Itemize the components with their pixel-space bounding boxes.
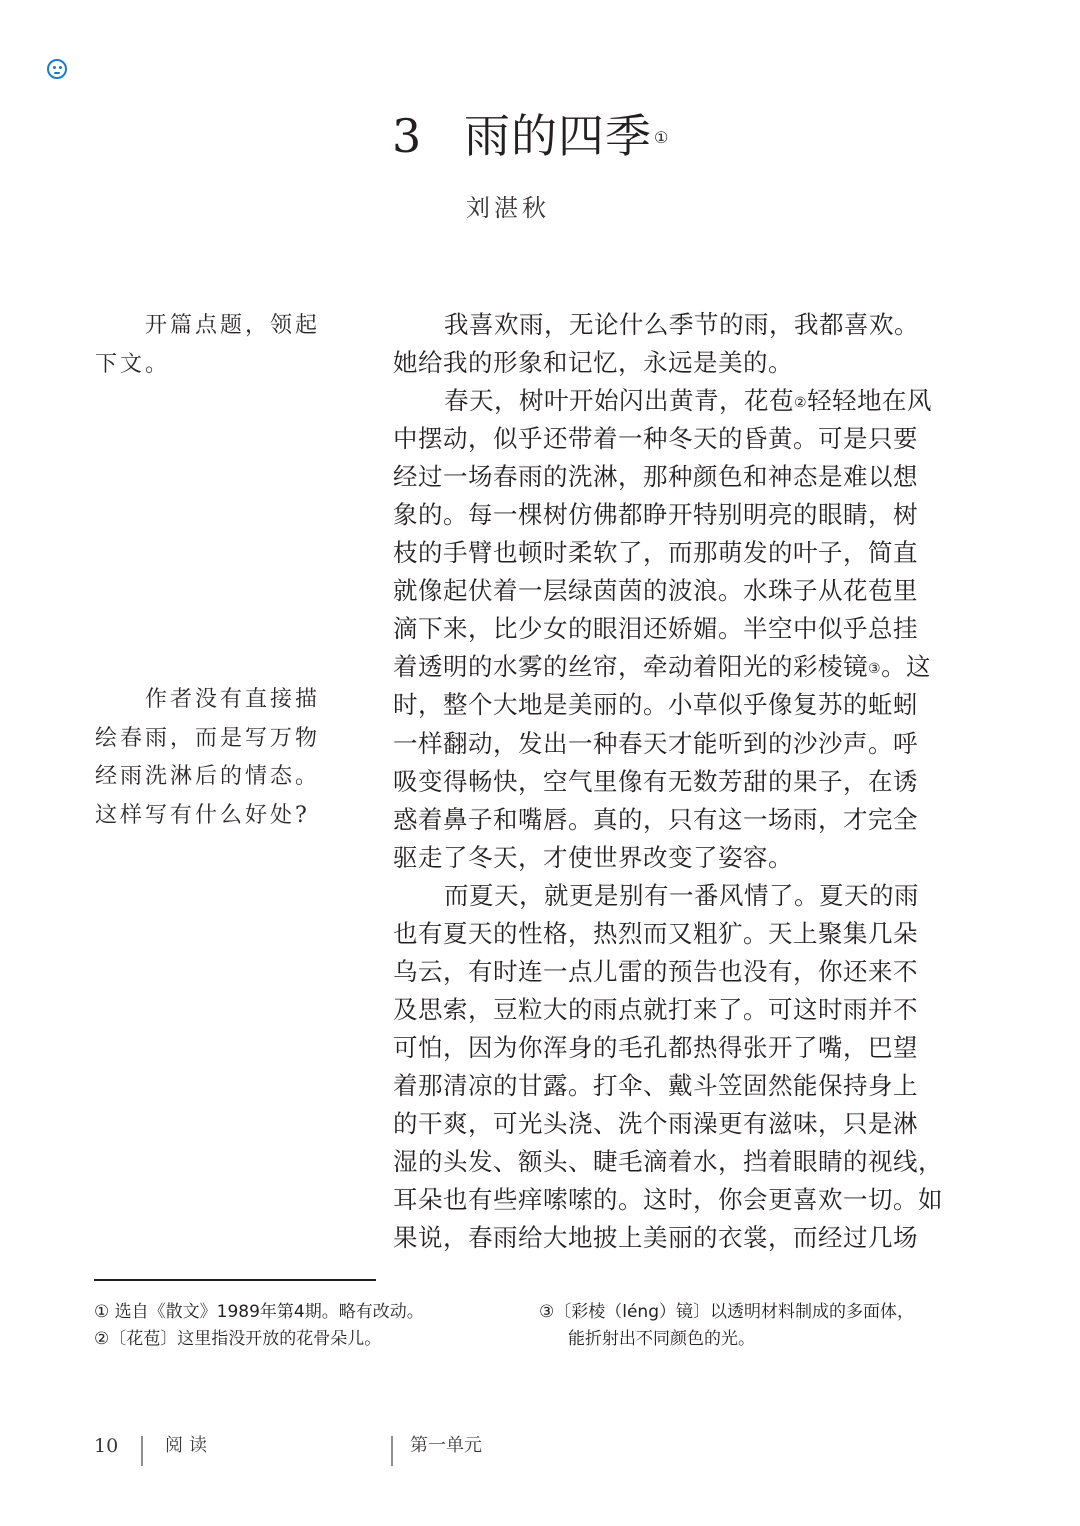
side-note-1: 开篇点题，领起下文。	[95, 307, 335, 384]
body-line: 惑着鼻子和嘴唇。真的，只有这一场雨，才完全	[393, 801, 953, 839]
body-line: 吸变得畅快，空气里像有无数芳甜的果子，在诱	[393, 763, 953, 801]
footnote-3: ③〔彩棱（léng）镜〕以透明材料制成的多面体，	[539, 1298, 914, 1326]
footnote-1: ① 选自《散文》1989年第4期。略有改动。	[94, 1298, 424, 1326]
body-line-text: 春天，树叶开始闪出黄青，花苞	[444, 386, 794, 415]
body-line: 可怕，因为你浑身的毛孔都热得张开了嘴，巴望	[393, 1029, 953, 1067]
footnote-mark-3: ③	[868, 661, 881, 677]
lesson-number: 3	[392, 108, 464, 164]
side-note-2: 作者没有直接描绘春雨，而是写万物经雨洗淋后的情态。这样写有什么好处?	[95, 681, 335, 835]
footer-divider	[391, 1436, 393, 1466]
body-line: 就像起伏着一层绿茵茵的波浪。水珠子从花苞里	[393, 572, 953, 610]
body-line: 也有夏天的性格，热烈而又粗犷。天上聚集几朵	[393, 915, 953, 953]
side-note-line: 这样写有什么好处?	[95, 803, 310, 828]
footer-divider	[141, 1436, 143, 1466]
footnote-3-continued: 能折射出不同颜色的光。	[568, 1325, 755, 1353]
body-line: 的干爽，可光头浇、洗个雨澡更有滋味，只是淋	[393, 1105, 953, 1143]
page-number: 10	[94, 1433, 118, 1459]
side-note-line: 绘春雨，而是写万物	[95, 726, 320, 751]
footnote-mark-2: ②	[794, 395, 807, 411]
unit-label: 第一单元	[410, 1433, 482, 1459]
body-line: 我喜欢雨，无论什么季节的雨，我都喜欢。	[393, 306, 953, 344]
body-line: 驱走了冬天，才使世界改变了姿容。	[393, 839, 953, 877]
author-name: 刘湛秋	[466, 192, 550, 224]
body-line: 象的。每一棵树仿佛都睁开特别明亮的眼睛，树	[393, 496, 953, 534]
footnote-divider	[94, 1279, 376, 1281]
body-line: 着那清凉的甘露。打伞、戴斗笠固然能保持身上	[393, 1067, 953, 1105]
lesson-title: 雨的四季	[464, 109, 652, 163]
body-line: 经过一场春雨的洗淋，那种颜色和神态是难以想	[393, 458, 953, 496]
body-line: 一样翻动，发出一种春天才能听到的沙沙声。呼	[393, 725, 953, 763]
body-line-text: 轻轻地在风	[807, 386, 932, 415]
body-line: 她给我的形象和记忆，永远是美的。	[393, 344, 953, 382]
body-line: 中摆动，似乎还带着一种冬天的昏黄。可是只要	[393, 420, 953, 458]
body-line-text: 着透明的水雾的丝帘，牵动着阳光的彩棱镜	[393, 652, 868, 681]
body-line: 枝的手臂也顿时柔软了，而那萌发的叶子，简直	[393, 534, 953, 572]
side-note-line: 作者没有直接描	[145, 687, 320, 712]
side-note-line: 开篇点题，领起	[145, 313, 320, 338]
side-note-line: 下文。	[95, 352, 170, 377]
section-label: 阅读	[165, 1433, 213, 1459]
body-line: 春天，树叶开始闪出黄青，花苞②轻轻地在风	[393, 382, 953, 420]
smiley-face-icon	[47, 59, 67, 79]
footnote-2: ②〔花苞〕这里指没开放的花骨朵儿。	[94, 1325, 381, 1353]
title-footnote-mark: ①	[654, 128, 669, 147]
page-title: 3雨的四季①	[392, 108, 669, 164]
body-line: 果说，春雨给大地披上美丽的衣裳，而经过几场	[393, 1219, 953, 1257]
smiley-mouth	[54, 72, 60, 74]
article-body: 我喜欢雨，无论什么季节的雨，我都喜欢。 她给我的形象和记忆，永远是美的。 春天，…	[393, 306, 953, 1257]
body-line-text: 。这	[881, 652, 931, 681]
body-line: 乌云，有时连一点儿雷的预告也没有，你还来不	[393, 953, 953, 991]
body-line: 耳朵也有些痒嗦嗦的。这时，你会更喜欢一切。如	[393, 1181, 953, 1219]
body-line: 着透明的水雾的丝帘，牵动着阳光的彩棱镜③。这	[393, 648, 953, 686]
smiley-eye-right	[59, 66, 62, 69]
body-line: 时，整个大地是美丽的。小草似乎像复苏的蚯蚓	[393, 686, 953, 724]
body-line: 滴下来，比少女的眼泪还娇媚。半空中似乎总挂	[393, 610, 953, 648]
body-line: 及思索，豆粒大的雨点就打来了。可这时雨并不	[393, 991, 953, 1029]
body-line: 而夏天，就更是别有一番风情了。夏天的雨	[393, 877, 953, 915]
body-line: 湿的头发、额头、睫毛滴着水，挡着眼睛的视线，	[393, 1143, 953, 1181]
smiley-eye-left	[53, 66, 56, 69]
side-note-line: 经雨洗淋后的情态。	[95, 764, 320, 789]
